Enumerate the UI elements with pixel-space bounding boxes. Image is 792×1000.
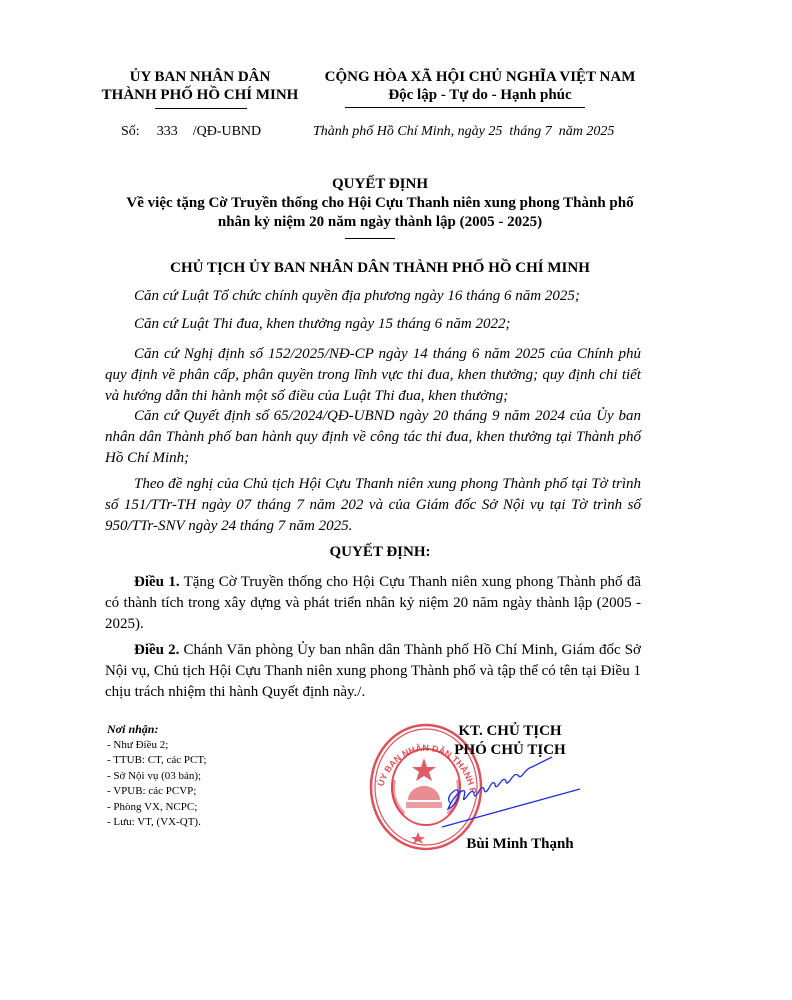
title-subtitle-1: Về việc tặng Cờ Truyền thống cho Hội Cựu… bbox=[90, 194, 670, 213]
recipient-item: - Sở Nội vụ (03 bản); bbox=[107, 769, 207, 785]
title-main: QUYẾT ĐỊNH bbox=[90, 175, 670, 194]
recipient-item: - Phòng VX, NCPC; bbox=[107, 800, 207, 816]
preamble-3: Căn cứ Nghị định số 152/2025/NĐ-CP ngày … bbox=[105, 344, 641, 407]
country-name: CỘNG HÒA XÃ HỘI CHỦ NGHĨA VIỆT NAM bbox=[300, 68, 660, 86]
preamble-2: Căn cứ Luật Thi đua, khen thưởng ngày 15… bbox=[105, 314, 641, 335]
recipient-item: - Lưu: VT, (VX-QT). bbox=[107, 815, 207, 831]
motto: Độc lập - Tự do - Hạnh phúc bbox=[300, 86, 660, 104]
agency-line-2: THÀNH PHỐ HỒ CHÍ MINH bbox=[90, 86, 310, 104]
issuing-agency: ỦY BAN NHÂN DÂN THÀNH PHỐ HỒ CHÍ MINH bbox=[90, 68, 310, 104]
doc-number: 333 bbox=[157, 124, 178, 139]
document-title: QUYẾT ĐỊNH Về việc tặng Cờ Truyền thống … bbox=[90, 175, 670, 232]
article-1-label: Điều 1. bbox=[134, 574, 180, 590]
recipient-item: - Như Điều 2; bbox=[107, 738, 207, 754]
recipient-item: - TTUB: CT, các PCT; bbox=[107, 753, 207, 769]
recipient-item: - VPUB: các PCVP; bbox=[107, 784, 207, 800]
title-underline bbox=[345, 238, 395, 239]
article-2: Điều 2. Chánh Văn phòng Ủy ban nhân dân … bbox=[105, 640, 641, 703]
article-1-text: Tặng Cờ Truyền thống cho Hội Cựu Thanh n… bbox=[105, 574, 641, 632]
place-date: Thành phố Hồ Chí Minh, ngày 25 tháng 7 n… bbox=[313, 124, 614, 140]
signature-line-1: KT. CHỦ TỊCH bbox=[410, 722, 610, 741]
title-subtitle-2: nhân kỷ niệm 20 năm ngày thành lập (2005… bbox=[90, 213, 670, 232]
national-motto: CỘNG HÒA XÃ HỘI CHỦ NGHĨA VIỆT NAM Độc l… bbox=[300, 68, 660, 104]
article-1: Điều 1. Tặng Cờ Truyền thống cho Hội Cựu… bbox=[105, 572, 641, 635]
decision-heading: QUYẾT ĐỊNH: bbox=[90, 544, 670, 561]
article-2-text: Chánh Văn phòng Ủy ban nhân dân Thành ph… bbox=[105, 642, 641, 700]
issuing-authority: CHỦ TỊCH ỦY BAN NHÂN DÂN THÀNH PHỐ HỒ CH… bbox=[90, 260, 670, 277]
preamble-4: Căn cứ Quyết định số 65/2024/QĐ-UBND ngà… bbox=[105, 406, 641, 469]
document-number: Số: 333 /QĐ-UBND bbox=[121, 124, 261, 140]
signer-name: Bùi Minh Thạnh bbox=[410, 836, 630, 853]
preamble-1: Căn cứ Luật Tổ chức chính quyền địa phươ… bbox=[105, 286, 641, 307]
recipients-list: Nơi nhận: - Như Điều 2; - TTUB: CT, các … bbox=[107, 722, 207, 831]
preamble-5: Theo đề nghị của Chủ tịch Hội Cựu Thanh … bbox=[105, 474, 641, 537]
doc-code: /QĐ-UBND bbox=[193, 124, 261, 139]
handwritten-signature-icon bbox=[430, 755, 600, 830]
recipients-heading: Nơi nhận: bbox=[107, 722, 207, 738]
agency-underline bbox=[155, 108, 247, 109]
motto-underline bbox=[345, 107, 585, 108]
article-2-label: Điều 2. bbox=[134, 642, 179, 658]
agency-line-1: ỦY BAN NHÂN DÂN bbox=[90, 68, 310, 86]
doc-number-label: Số: bbox=[121, 124, 140, 139]
